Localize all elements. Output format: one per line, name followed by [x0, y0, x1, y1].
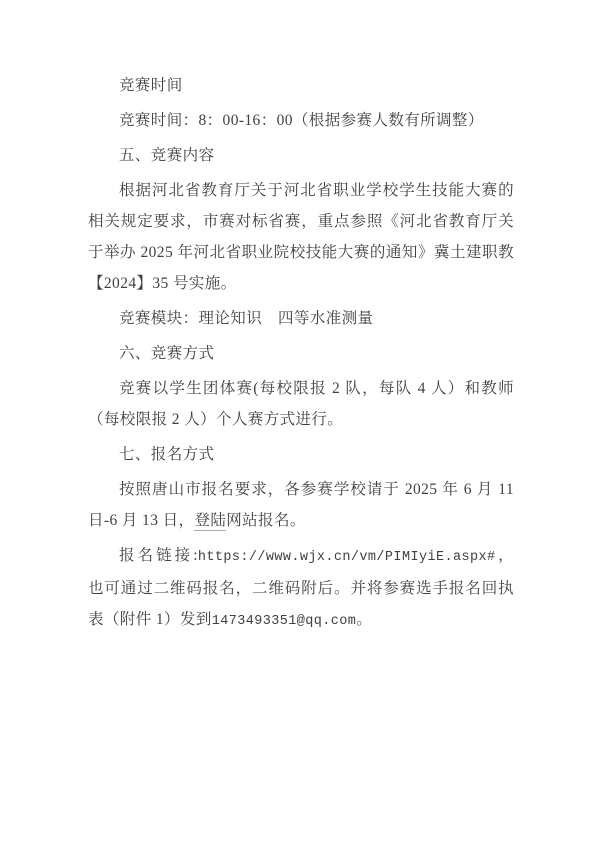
contact-email: 1473493351@qq.com [212, 614, 357, 629]
paragraph-team-format: 竞赛以学生团体赛(每校限报 2 队，每队 4 人）和教师（每校限报 2 人）个人… [88, 373, 514, 435]
document-page: 竞赛时间 竞赛时间：8：00-16：00（根据参赛人数有所调整） 五、竞赛内容 … [0, 0, 600, 848]
paragraph-content-basis: 根据河北省教育厅关于河北省职业学校学生技能大赛的相关规定要求，市赛对标省赛，重点… [88, 175, 514, 299]
registration-link-label: 报名链接: [119, 547, 198, 564]
heading-section-six-method: 六、竞赛方式 [88, 338, 514, 369]
paragraph-registration-link: 报名链接:https://www.wjx.cn/vm/PIMIyiE.aspx#… [88, 540, 514, 637]
paragraph-competition-modules: 竞赛模块：理论知识 四等水准测量 [88, 303, 514, 334]
registration-url: https://www.wjx.cn/vm/PIMIyiE.aspx# [198, 550, 496, 565]
heading-section-five-content: 五、竞赛内容 [88, 140, 514, 171]
registration-link-end: 。 [356, 611, 372, 628]
spellcheck-underlined-word: 登陆 [194, 512, 226, 531]
heading-section-seven-registration: 七、报名方式 [88, 439, 514, 470]
paragraph-competition-time-detail: 竞赛时间：8：00-16：00（根据参赛人数有所调整） [88, 105, 514, 136]
paragraph-competition-time-label: 竞赛时间 [88, 70, 514, 101]
paragraph-registration-deadline: 按照唐山市报名要求，各参赛学校请于 2025 年 6 月 11 日-6 月 13… [88, 474, 514, 536]
registration-deadline-tail: 网站报名。 [226, 512, 306, 529]
